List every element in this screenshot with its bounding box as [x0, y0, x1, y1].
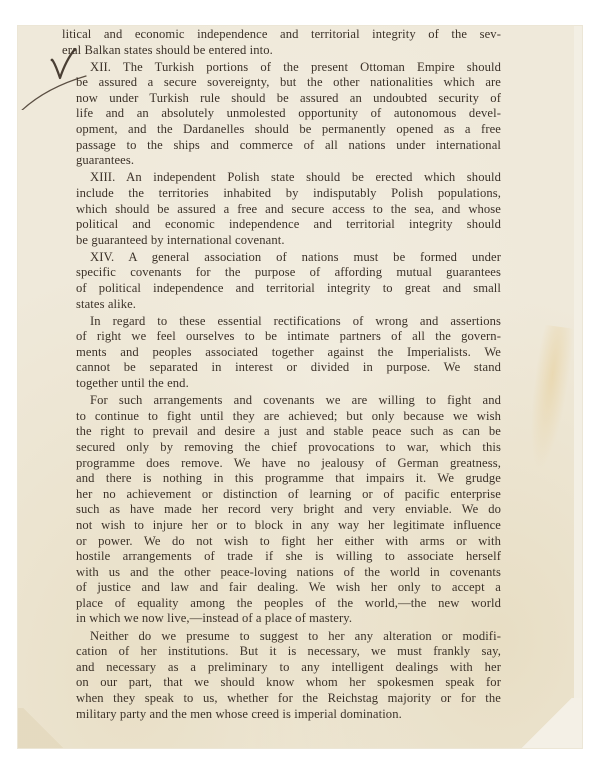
text-line: of political independence and territoria…	[62, 281, 501, 297]
text-line: include the territories inhabited by ind…	[62, 186, 501, 202]
paragraph-balkan-continuation: litical and economic independence and te…	[62, 27, 501, 58]
text-line: or power. We do not wish to fight her ei…	[62, 534, 501, 550]
text-line: not wish to injure her or to block in an…	[62, 518, 501, 534]
text-line: of right we feel ourselves to be intimat…	[62, 329, 501, 345]
text-line: secured only by removing the chief provo…	[62, 440, 501, 456]
text-line: specific covenants for the purpose of af…	[62, 265, 501, 281]
text-line: XIII. An independent Polish state should…	[62, 170, 501, 186]
text-line: be guaranteed by international covenant.	[62, 233, 501, 249]
text-line: eral Balkan states should be entered int…	[62, 43, 501, 59]
text-line: when they speak to us, whether for the R…	[62, 691, 501, 707]
text-line: place of equality among the peoples of t…	[62, 596, 501, 612]
text-line: together until the end.	[62, 376, 501, 392]
text-line: cannot be separated in interest or divid…	[62, 360, 501, 376]
document-body: litical and economic independence and te…	[62, 27, 501, 724]
text-line: opment, and the Dardanelles should be pe…	[62, 122, 501, 138]
paper-corner-fold	[512, 698, 582, 748]
text-line: in which we now live,—instead of a place…	[62, 611, 501, 627]
paragraph-institutions: Neither do we presume to suggest to her …	[62, 629, 501, 723]
text-line: military party and the men whose creed i…	[62, 707, 501, 723]
paper-stain	[517, 324, 579, 488]
text-line: cation of her institutions. But it is ne…	[62, 644, 501, 660]
text-line: litical and economic independence and te…	[62, 27, 501, 43]
text-line: Neither do we presume to suggest to her …	[62, 629, 501, 645]
paragraph-point-xii: XII. The Turkish portions of the present…	[62, 60, 501, 169]
paragraph-point-xiii: XIII. An independent Polish state should…	[62, 170, 501, 248]
paragraph-arrangements: For such arrangements and covenants we a…	[62, 393, 501, 627]
text-line: For such arrangements and covenants we a…	[62, 393, 501, 409]
text-line: such as have made her record very bright…	[62, 502, 501, 518]
text-line: passage to the ships and commerce of all…	[62, 138, 501, 154]
text-line: In regard to these essential rectificati…	[62, 314, 501, 330]
paragraph-point-xiv: XIV. A general association of nations mu…	[62, 250, 501, 312]
text-line: ments and peoples associated together ag…	[62, 345, 501, 361]
text-line: hostile arrangements of trade if she is …	[62, 549, 501, 565]
text-line: her no achievement or distinction of lea…	[62, 487, 501, 503]
text-line: with us and the other peace-loving natio…	[62, 565, 501, 581]
text-line: the right to prevail and desire a just a…	[62, 424, 501, 440]
paragraph-rectifications: In regard to these essential rectificati…	[62, 314, 501, 392]
text-line: life and an absolutely unmolested opport…	[62, 106, 501, 122]
text-line: XII. The Turkish portions of the present…	[62, 60, 501, 76]
text-line: now under Turkish rule should be assured…	[62, 91, 501, 107]
text-line: programme does remove. We have no jealou…	[62, 456, 501, 472]
text-line: of justice and law and fair dealing. We …	[62, 580, 501, 596]
text-line: to continue to fight until they are achi…	[62, 409, 501, 425]
text-line: which should be assured a free and secur…	[62, 202, 501, 218]
text-line: and there is nothing in this programme t…	[62, 471, 501, 487]
text-line: and necessary as a preliminary to any in…	[62, 660, 501, 676]
text-line: guarantees.	[62, 153, 501, 169]
text-line: on our part, that we should know whom he…	[62, 675, 501, 691]
text-line: political and economic independence and …	[62, 217, 501, 233]
text-line: XIV. A general association of nations mu…	[62, 250, 501, 266]
text-line: be assured a secure sovereignty, but the…	[62, 75, 501, 91]
paper-edge	[574, 26, 582, 748]
text-line: states alike.	[62, 297, 501, 313]
